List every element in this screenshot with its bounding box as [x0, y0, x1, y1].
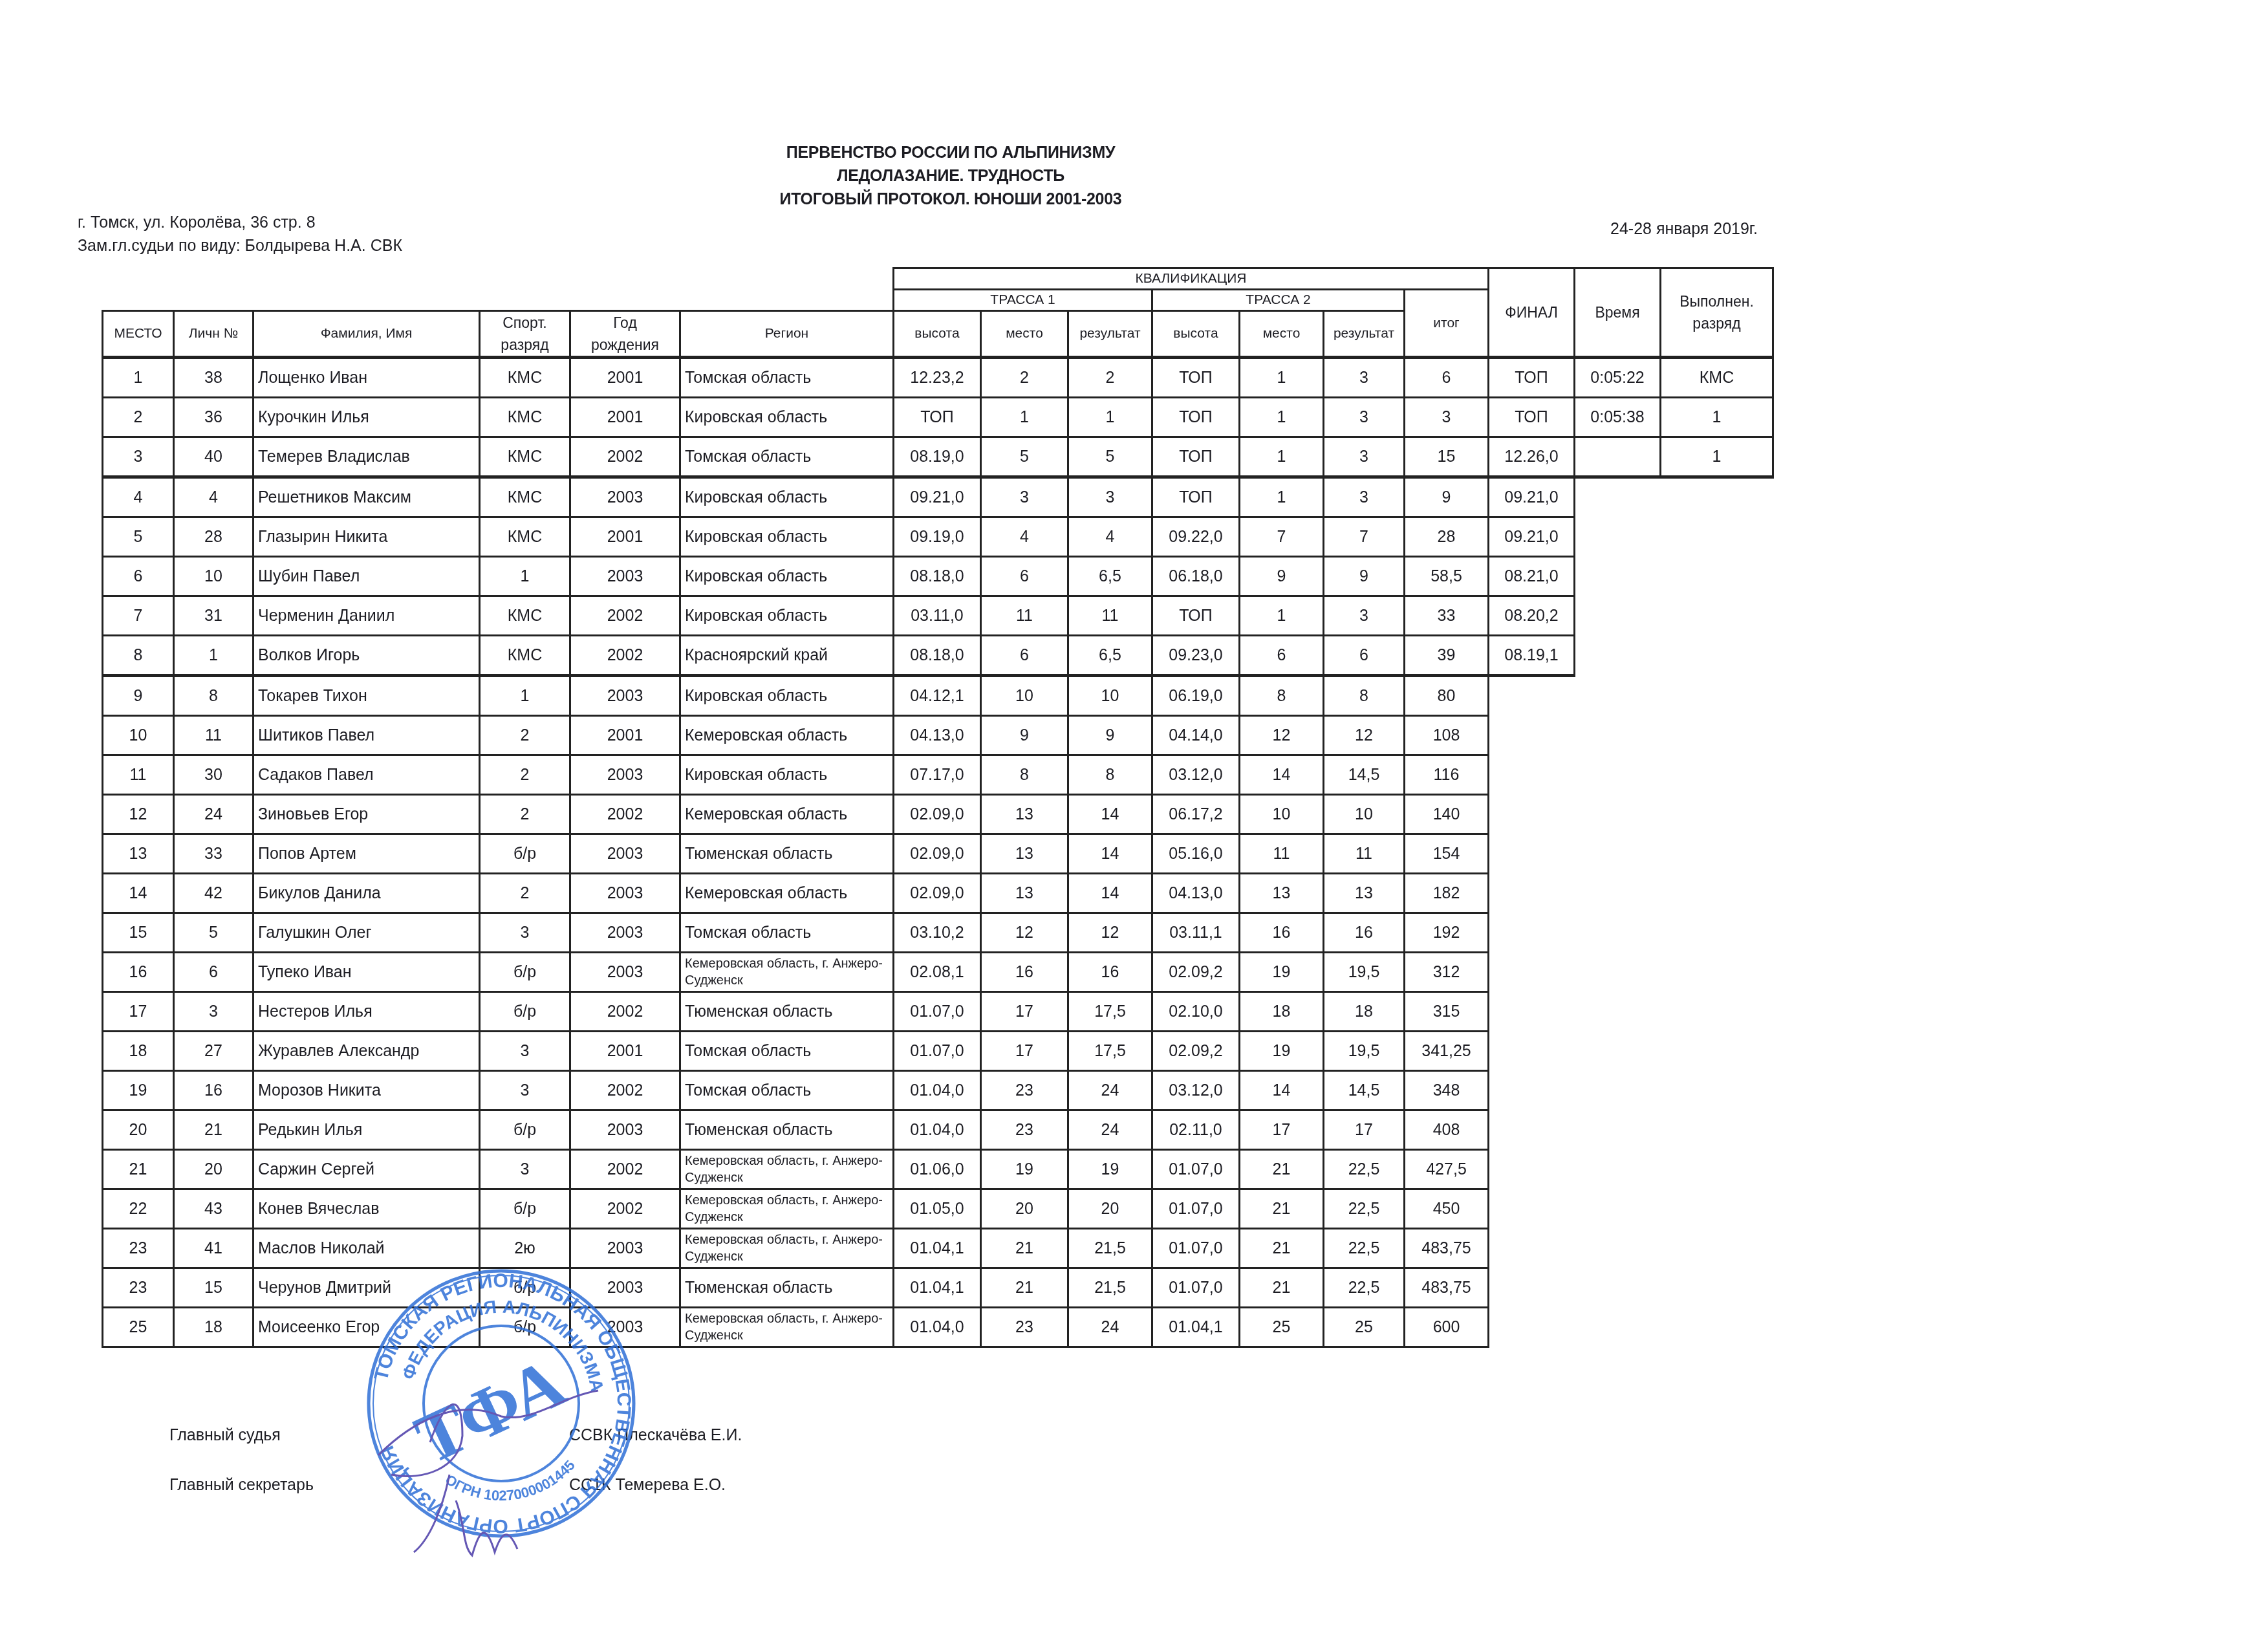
cell-r2-place: 6	[1240, 636, 1324, 676]
table-row: 528Глазырин НикитаКМС2001Кировская облас…	[103, 517, 1773, 557]
table-row: 1442Бикулов Данила22003Кемеровская облас…	[103, 874, 1773, 913]
col-r2-place: место	[1240, 311, 1324, 358]
cell-r1-height: 02.09,0	[894, 874, 981, 913]
cell-r2-place: 14	[1240, 755, 1324, 795]
cell-total: 600	[1405, 1308, 1489, 1347]
cell-place: 22	[103, 1189, 174, 1229]
cell-total: 483,75	[1405, 1268, 1489, 1308]
cell-region: Томская область	[680, 1032, 894, 1071]
cell-place: 18	[103, 1032, 174, 1071]
cell-region: Красноярский край	[680, 636, 894, 676]
cell-rank: б/р	[480, 1268, 570, 1308]
cell-year: 2001	[570, 358, 680, 398]
cell-rank: 3	[480, 1150, 570, 1189]
cell-r1-place: 20	[981, 1189, 1068, 1229]
table-row: 2341Маслов Николай2ю2003Кемеровская обла…	[103, 1229, 1773, 1268]
cell-rank: 2	[480, 874, 570, 913]
cell-region: Кировская область	[680, 755, 894, 795]
table-row: 166Тупеко Иванб/р2003Кемеровская область…	[103, 953, 1773, 992]
cell-r1-result: 1	[1068, 398, 1152, 437]
cell-final: ТОП	[1489, 398, 1575, 437]
cell-r1-place: 5	[981, 437, 1068, 477]
cell-region: Тюменская область	[680, 992, 894, 1032]
cell-r2-result: 18	[1324, 992, 1405, 1032]
chief-secretary-label: Главный секретарь	[169, 1476, 314, 1495]
cell-total: 108	[1405, 716, 1489, 755]
cell-bib: 41	[174, 1229, 254, 1268]
cell-r2-result: 17	[1324, 1110, 1405, 1150]
cell-r1-place: 21	[981, 1229, 1068, 1268]
cell-rank: КМС	[480, 596, 570, 636]
cell-r2-place: 1	[1240, 437, 1324, 477]
cell-region: Томская область	[680, 1071, 894, 1110]
cell-place: 10	[103, 716, 174, 755]
cell-r2-height: 01.07,0	[1152, 1189, 1240, 1229]
cell-r2-result: 3	[1324, 437, 1405, 477]
cell-place: 25	[103, 1308, 174, 1347]
cell-total: 182	[1405, 874, 1489, 913]
cell-place: 5	[103, 517, 174, 557]
cell-place: 4	[103, 477, 174, 517]
cell-r2-result: 14,5	[1324, 1071, 1405, 1110]
cell-r2-height: 05.16,0	[1152, 834, 1240, 874]
cell-r2-place: 9	[1240, 557, 1324, 596]
cell-bib: 27	[174, 1032, 254, 1071]
cell-r2-place: 12	[1240, 716, 1324, 755]
cell-bib: 5	[174, 913, 254, 953]
cell-rank: б/р	[480, 1308, 570, 1347]
cell-r1-result: 24	[1068, 1308, 1152, 1347]
cell-r1-place: 17	[981, 992, 1068, 1032]
cell-name: Шубин Павел	[254, 557, 480, 596]
cell-name: Зиновьев Егор	[254, 795, 480, 834]
cell-rank: б/р	[480, 992, 570, 1032]
cell-time	[1575, 437, 1661, 477]
cell-bib: 16	[174, 1071, 254, 1110]
table-row: 1916Морозов Никита32002Томская область01…	[103, 1071, 1773, 1110]
cell-r1-height: 08.18,0	[894, 557, 981, 596]
cell-r2-height: ТОП	[1152, 398, 1240, 437]
cell-region: Кировская область	[680, 596, 894, 636]
cell-rank: б/р	[480, 953, 570, 992]
cell-r2-result: 11	[1324, 834, 1405, 874]
cell-r2-result: 6	[1324, 636, 1405, 676]
table-row: 2243Конев Вячеславб/р2002Кемеровская обл…	[103, 1189, 1773, 1229]
cell-final: 08.20,2	[1489, 596, 1575, 636]
cell-name: Редькин Илья	[254, 1110, 480, 1150]
cell-r2-result: 10	[1324, 795, 1405, 834]
col-bib: Личн №	[174, 311, 254, 358]
cell-rank: КМС	[480, 477, 570, 517]
table-row: 98Токарев Тихон12003Кировская область04.…	[103, 676, 1773, 716]
cell-r1-result: 17,5	[1068, 992, 1152, 1032]
cell-bib: 38	[174, 358, 254, 398]
cell-r1-place: 13	[981, 874, 1068, 913]
cell-r1-result: 20	[1068, 1189, 1152, 1229]
cell-r1-place: 19	[981, 1150, 1068, 1189]
cell-r2-place: 14	[1240, 1071, 1324, 1110]
cell-rank: 3	[480, 913, 570, 953]
cell-total: 192	[1405, 913, 1489, 953]
cell-r1-result: 12	[1068, 913, 1152, 953]
cell-r2-height: 02.11,0	[1152, 1110, 1240, 1150]
cell-bib: 20	[174, 1150, 254, 1189]
cell-r2-place: 8	[1240, 676, 1324, 716]
cell-region: Томская область	[680, 358, 894, 398]
cell-r2-height: 02.09,2	[1152, 1032, 1240, 1071]
cell-r2-place: 21	[1240, 1268, 1324, 1308]
cell-r2-height: 06.18,0	[1152, 557, 1240, 596]
cell-total: 154	[1405, 834, 1489, 874]
cell-name: Волков Игорь	[254, 636, 480, 676]
cell-r1-result: 24	[1068, 1071, 1152, 1110]
cell-r2-place: 7	[1240, 517, 1324, 557]
cell-r1-height: 01.04,1	[894, 1229, 981, 1268]
cell-rank: б/р	[480, 834, 570, 874]
cell-final: 09.21,0	[1489, 517, 1575, 557]
cell-r2-height: 06.19,0	[1152, 676, 1240, 716]
cell-place: 12	[103, 795, 174, 834]
cell-r1-height: 04.13,0	[894, 716, 981, 755]
cell-r1-height: 01.04,0	[894, 1308, 981, 1347]
cell-name: Токарев Тихон	[254, 676, 480, 716]
cell-total: 140	[1405, 795, 1489, 834]
cell-r2-height: 04.13,0	[1152, 874, 1240, 913]
cell-bib: 1	[174, 636, 254, 676]
results-body: 138Лощенко ИванКМС2001Томская область12.…	[103, 358, 1773, 1347]
cell-r1-result: 16	[1068, 953, 1152, 992]
cell-r1-place: 12	[981, 913, 1068, 953]
table-row: 610Шубин Павел12003Кировская область08.1…	[103, 557, 1773, 596]
deputy-judge: Зам.гл.судьи по виду: Болдырева Н.А. СВК	[78, 237, 402, 255]
cell-r1-place: 13	[981, 795, 1068, 834]
cell-total: 312	[1405, 953, 1489, 992]
cell-r1-height: 08.19,0	[894, 437, 981, 477]
cell-final: 09.21,0	[1489, 477, 1575, 517]
cell-total: 483,75	[1405, 1229, 1489, 1268]
cell-place: 16	[103, 953, 174, 992]
cell-r1-place: 13	[981, 834, 1068, 874]
cell-r1-height: 09.21,0	[894, 477, 981, 517]
table-row: 1130Садаков Павел22003Кировская область0…	[103, 755, 1773, 795]
cell-year: 2002	[570, 992, 680, 1032]
col-region: Регион	[680, 311, 894, 358]
cell-r1-result: 6,5	[1068, 636, 1152, 676]
cell-r2-place: 19	[1240, 1032, 1324, 1071]
cell-place: 7	[103, 596, 174, 636]
cell-r1-result: 21,5	[1068, 1268, 1152, 1308]
cell-r1-height: 03.11,0	[894, 596, 981, 636]
cell-rank: 3	[480, 1032, 570, 1071]
cell-r1-height: 01.05,0	[894, 1189, 981, 1229]
cell-total: 3	[1405, 398, 1489, 437]
cell-name: Нестеров Илья	[254, 992, 480, 1032]
cell-year: 2001	[570, 716, 680, 755]
cell-bib: 4	[174, 477, 254, 517]
cell-r1-height: 04.12,1	[894, 676, 981, 716]
cell-total: 315	[1405, 992, 1489, 1032]
cell-r1-result: 4	[1068, 517, 1152, 557]
cell-r1-place: 8	[981, 755, 1068, 795]
cell-region: Тюменская область	[680, 1110, 894, 1150]
cell-bib: 28	[174, 517, 254, 557]
cell-r2-result: 22,5	[1324, 1150, 1405, 1189]
cell-final: ТОП	[1489, 358, 1575, 398]
table-row: 340Темерев ВладиславКМС2002Томская облас…	[103, 437, 1773, 477]
cell-region: Кемеровская область, г. Анжеро-Судженск	[680, 1308, 894, 1347]
cell-r1-result: 8	[1068, 755, 1152, 795]
cell-r1-place: 1	[981, 398, 1068, 437]
col-r1-result: результат	[1068, 311, 1152, 358]
cell-year: 2003	[570, 1229, 680, 1268]
cell-name: Черунов Дмитрий	[254, 1268, 480, 1308]
cell-r1-result: 14	[1068, 834, 1152, 874]
cell-total: 116	[1405, 755, 1489, 795]
cell-total: 427,5	[1405, 1150, 1489, 1189]
cell-year: 2002	[570, 795, 680, 834]
cell-r1-result: 19	[1068, 1150, 1152, 1189]
cell-r1-height: 01.04,1	[894, 1268, 981, 1308]
cell-r1-height: 01.04,0	[894, 1071, 981, 1110]
col-total: итог	[1405, 290, 1489, 358]
cell-year: 2003	[570, 913, 680, 953]
cell-region: Кемеровская область	[680, 716, 894, 755]
cell-r1-result: 2	[1068, 358, 1152, 398]
cell-r1-height: 02.09,0	[894, 834, 981, 874]
cell-r1-result: 24	[1068, 1110, 1152, 1150]
cell-r2-height: 01.07,0	[1152, 1150, 1240, 1189]
cell-r2-result: 12	[1324, 716, 1405, 755]
cell-r2-height: 02.09,2	[1152, 953, 1240, 992]
svg-text:ТФА: ТФА	[404, 1343, 577, 1479]
cell-total: 408	[1405, 1110, 1489, 1150]
cell-name: Шитиков Павел	[254, 716, 480, 755]
cell-bib: 11	[174, 716, 254, 755]
cell-region: Кировская область	[680, 398, 894, 437]
cell-r2-height: 04.14,0	[1152, 716, 1240, 755]
cell-r1-result: 17,5	[1068, 1032, 1152, 1071]
cell-year: 2003	[570, 953, 680, 992]
cell-bib: 30	[174, 755, 254, 795]
col-place: МЕСТО	[103, 311, 174, 358]
col-r2-result: результат	[1324, 311, 1405, 358]
cell-total: 28	[1405, 517, 1489, 557]
cell-rank: КМС	[480, 398, 570, 437]
col-birth-year: Годрождения	[570, 311, 680, 358]
cell-rank: 1	[480, 676, 570, 716]
cell-r2-result: 3	[1324, 358, 1405, 398]
cell-final: 08.21,0	[1489, 557, 1575, 596]
cell-r1-result: 10	[1068, 676, 1152, 716]
cell-rank: КМС	[480, 358, 570, 398]
cell-name: Журавлев Александр	[254, 1032, 480, 1071]
table-row: 731Черменин ДаниилКМС2002Кировская облас…	[103, 596, 1773, 636]
cell-rank: КМС	[480, 437, 570, 477]
cell-name: Курочкин Илья	[254, 398, 480, 437]
cell-rank: КМС	[480, 517, 570, 557]
cell-total: 80	[1405, 676, 1489, 716]
cell-r2-place: 10	[1240, 795, 1324, 834]
cell-r2-height: 09.22,0	[1152, 517, 1240, 557]
cell-place: 15	[103, 913, 174, 953]
cell-place: 21	[103, 1150, 174, 1189]
cell-bib: 42	[174, 874, 254, 913]
cell-r2-result: 3	[1324, 477, 1405, 517]
cell-r2-height: 03.12,0	[1152, 755, 1240, 795]
cell-name: Садаков Павел	[254, 755, 480, 795]
cell-r1-place: 3	[981, 477, 1068, 517]
cell-r2-place: 11	[1240, 834, 1324, 874]
cell-bib: 8	[174, 676, 254, 716]
event-dates: 24-28 января 2019г.	[1610, 220, 1758, 239]
cell-r1-result: 3	[1068, 477, 1152, 517]
cell-r2-height: ТОП	[1152, 477, 1240, 517]
cell-name: Моисеенко Егор	[254, 1308, 480, 1347]
cell-region: Кировская область	[680, 517, 894, 557]
cell-bib: 33	[174, 834, 254, 874]
cell-total: 58,5	[1405, 557, 1489, 596]
cell-year: 2003	[570, 755, 680, 795]
cell-place: 2	[103, 398, 174, 437]
cell-final: 08.19,1	[1489, 636, 1575, 676]
cell-rank: КМС	[480, 636, 570, 676]
table-row: 2021Редькин Ильяб/р2003Тюменская область…	[103, 1110, 1773, 1150]
cell-year: 2002	[570, 596, 680, 636]
cell-r2-result: 13	[1324, 874, 1405, 913]
cell-year: 2003	[570, 676, 680, 716]
results-table: КВАЛИФИКАЦИЯ ФИНАЛ Время Выполнен.разряд…	[102, 267, 1774, 1348]
cell-bib: 43	[174, 1189, 254, 1229]
cell-r2-result: 7	[1324, 517, 1405, 557]
cell-place: 14	[103, 874, 174, 913]
cell-r2-result: 3	[1324, 398, 1405, 437]
cell-r2-place: 1	[1240, 477, 1324, 517]
cell-region: Кемеровская область, г. Анжеро-Судженск	[680, 1189, 894, 1229]
cell-r1-height: 07.17,0	[894, 755, 981, 795]
cell-r2-height: 06.17,2	[1152, 795, 1240, 834]
col-sport-rank: Спорт.разряд	[480, 311, 570, 358]
cell-name: Морозов Никита	[254, 1071, 480, 1110]
cell-region: Кемеровская область, г. Анжеро-Судженск	[680, 1229, 894, 1268]
table-row: 173Нестеров Ильяб/р2002Тюменская область…	[103, 992, 1773, 1032]
cell-r2-result: 8	[1324, 676, 1405, 716]
cell-r2-result: 14,5	[1324, 755, 1405, 795]
cell-r2-place: 19	[1240, 953, 1324, 992]
cell-year: 2001	[570, 398, 680, 437]
cell-region: Томская область	[680, 913, 894, 953]
col-r2-height: высота	[1152, 311, 1240, 358]
cell-r2-place: 1	[1240, 596, 1324, 636]
cell-name: Лощенко Иван	[254, 358, 480, 398]
cell-r1-place: 9	[981, 716, 1068, 755]
cell-r1-place: 17	[981, 1032, 1068, 1071]
table-row: 236Курочкин ИльяКМС2001Кировская область…	[103, 398, 1773, 437]
cell-r2-result: 22,5	[1324, 1229, 1405, 1268]
cell-name: Конев Вячеслав	[254, 1189, 480, 1229]
cell-r2-result: 3	[1324, 596, 1405, 636]
cell-region: Кировская область	[680, 477, 894, 517]
col-achieved-rank: Выполнен.разряд	[1661, 268, 1773, 358]
cell-year: 2003	[570, 874, 680, 913]
cell-r2-place: 13	[1240, 874, 1324, 913]
cell-r1-place: 6	[981, 557, 1068, 596]
cell-r1-height: 02.09,0	[894, 795, 981, 834]
cell-r2-place: 21	[1240, 1150, 1324, 1189]
cell-year: 2003	[570, 834, 680, 874]
cell-year: 2002	[570, 1150, 680, 1189]
cell-name: Галушкин Олег	[254, 913, 480, 953]
location: г. Томск, ул. Королёва, 36 стр. 8	[78, 213, 316, 232]
cell-name: Темерев Владислав	[254, 437, 480, 477]
col-final: ФИНАЛ	[1489, 268, 1575, 358]
cell-place: 8	[103, 636, 174, 676]
cell-region: Кемеровская область	[680, 795, 894, 834]
cell-r1-height: 03.10,2	[894, 913, 981, 953]
cell-r2-height: 02.10,0	[1152, 992, 1240, 1032]
cell-r1-place: 2	[981, 358, 1068, 398]
cell-achieved: 1	[1661, 437, 1773, 477]
cell-r2-height: 01.07,0	[1152, 1268, 1240, 1308]
cell-bib: 18	[174, 1308, 254, 1347]
svg-text:ОГРН 1027000001445: ОГРН 1027000001445	[442, 1457, 578, 1504]
cell-year: 2003	[570, 1308, 680, 1347]
cell-r2-height: 03.11,1	[1152, 913, 1240, 953]
cell-r1-place: 23	[981, 1110, 1068, 1150]
cell-r2-place: 21	[1240, 1189, 1324, 1229]
cell-total: 33	[1405, 596, 1489, 636]
cell-place: 11	[103, 755, 174, 795]
cell-bib: 3	[174, 992, 254, 1032]
cell-final: 12.26,0	[1489, 437, 1575, 477]
cell-r2-result: 19,5	[1324, 953, 1405, 992]
cell-r1-height: 12.23,2	[894, 358, 981, 398]
cell-rank: 2	[480, 716, 570, 755]
cell-r1-result: 14	[1068, 795, 1152, 834]
cell-total: 6	[1405, 358, 1489, 398]
cell-achieved: 1	[1661, 398, 1773, 437]
cell-r1-place: 23	[981, 1071, 1068, 1110]
cell-r1-place: 4	[981, 517, 1068, 557]
cell-year: 2002	[570, 437, 680, 477]
cell-year: 2003	[570, 1268, 680, 1308]
col-name: Фамилия, Имя	[254, 311, 480, 358]
cell-r1-place: 16	[981, 953, 1068, 992]
cell-region: Тюменская область	[680, 834, 894, 874]
cell-place: 20	[103, 1110, 174, 1150]
cell-r1-result: 6,5	[1068, 557, 1152, 596]
cell-region: Кемеровская область, г. Анжеро-Судженск	[680, 953, 894, 992]
cell-r1-place: 23	[981, 1308, 1068, 1347]
cell-year: 2002	[570, 636, 680, 676]
cell-name: Решетников Максим	[254, 477, 480, 517]
table-row: 2518Моисеенко Егорб/р2003Кемеровская обл…	[103, 1308, 1773, 1347]
cell-place: 3	[103, 437, 174, 477]
cell-rank: б/р	[480, 1110, 570, 1150]
cell-name: Саржин Сергей	[254, 1150, 480, 1189]
cell-rank: 2	[480, 795, 570, 834]
cell-bib: 36	[174, 398, 254, 437]
cell-place: 19	[103, 1071, 174, 1110]
cell-total: 450	[1405, 1189, 1489, 1229]
cell-rank: б/р	[480, 1189, 570, 1229]
cell-r1-place: 11	[981, 596, 1068, 636]
cell-total: 39	[1405, 636, 1489, 676]
chief-judge-label: Главный судья	[169, 1426, 281, 1445]
table-row: 81Волков ИгорьКМС2002Красноярский край08…	[103, 636, 1773, 676]
title-line-3: ИТОГОВЫЙ ПРОТОКОЛ. ЮНОШИ 2001-2003	[0, 190, 1901, 209]
cell-rank: 1	[480, 557, 570, 596]
cell-r1-height: 08.18,0	[894, 636, 981, 676]
